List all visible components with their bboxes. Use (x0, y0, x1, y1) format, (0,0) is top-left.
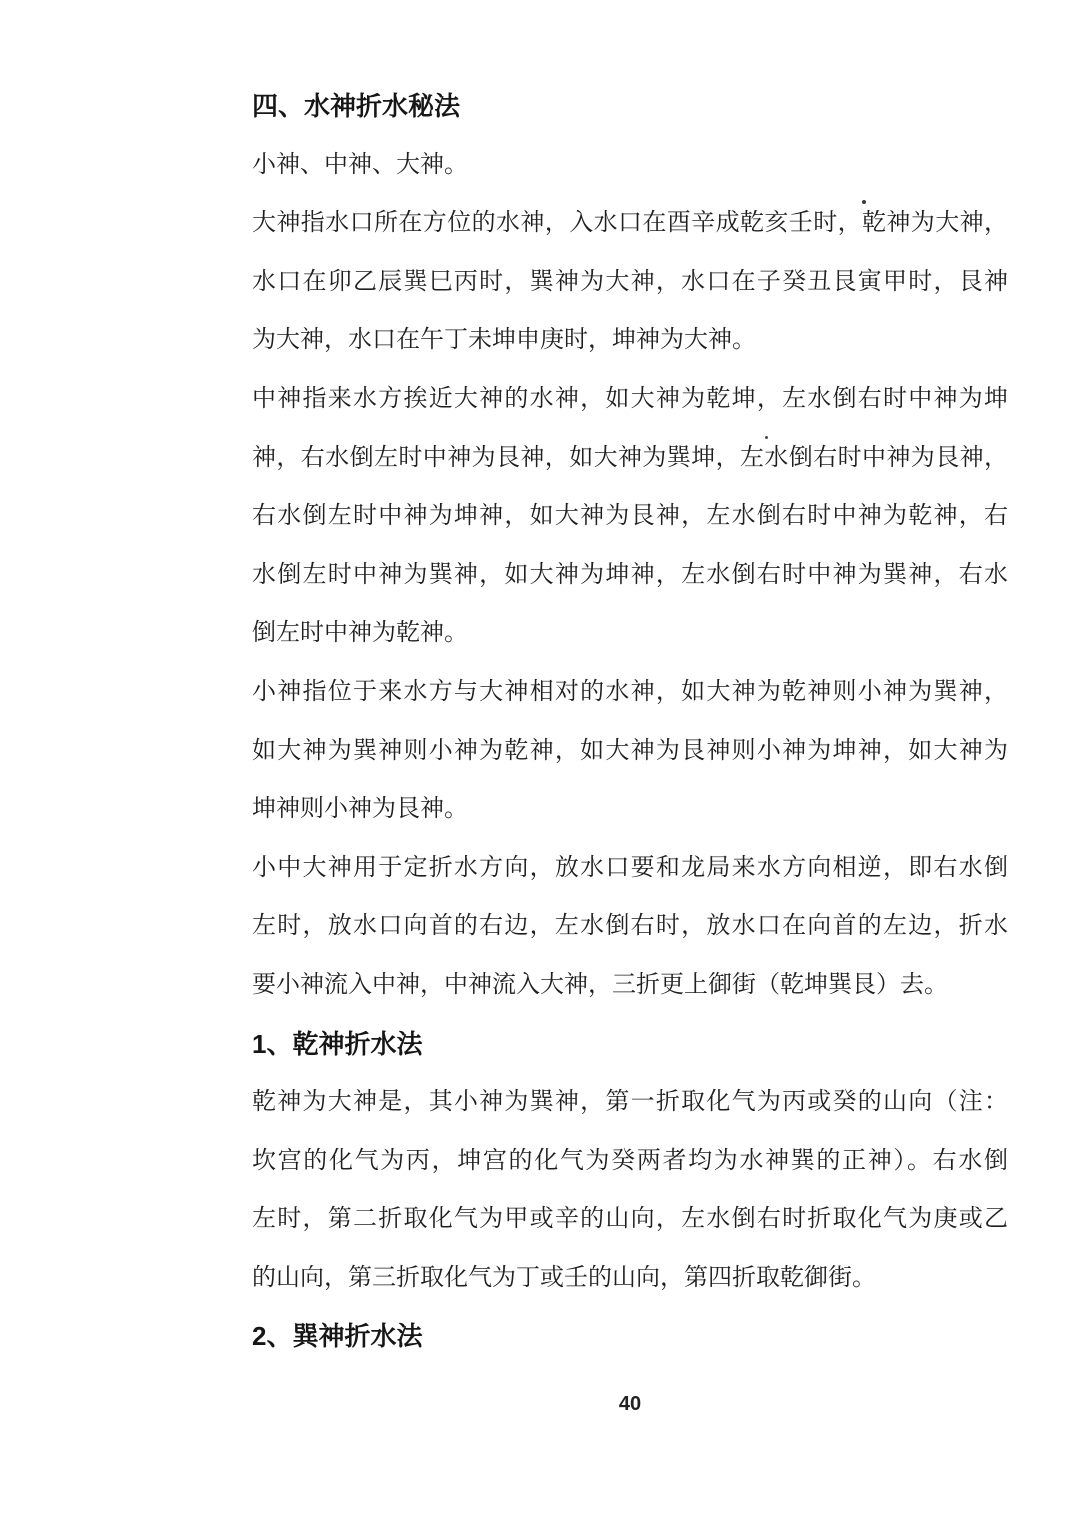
document-page: 四、水神折水秘法 小神、中神、大神。 大神指水口所在方位的水神，入水口在酉辛成乾… (0, 0, 1080, 1526)
section-heading: 四、水神折水秘法 (252, 77, 1008, 136)
text-line: 要小神流入中神，中神流入大神，三折更上御街（乾坤巽艮）去。 (252, 956, 1008, 1015)
text-line: 右水倒左时中神为坤神，如大神为艮神，左水倒右时中神为乾神，右 (252, 487, 1008, 546)
document-text-block: 四、水神折水秘法 小神、中神、大神。 大神指水口所在方位的水神，入水口在酉辛成乾… (252, 77, 1008, 1366)
text-line: 水倒左时中神为巽神，如大神为坤神，左水倒右时中神为巽神，右水 (252, 546, 1008, 605)
text-line: 坎宫的化气为丙，坤宫的化气为癸两者均为水神巽的正神）。右水倒 (252, 1132, 1008, 1191)
text-line: 坤神则小神为艮神。 (252, 780, 1008, 839)
text-line: 神，右水倒左时中神为艮神，如大神为巽坤，左水倒右时中神为艮神， (252, 429, 1008, 488)
subheading-qian-shen-method: 1、乾神折水法 (252, 1015, 1008, 1074)
page-number: 40 (252, 1392, 1008, 1416)
paragraph-xiao-shen: 小神指位于来水方与大神相对的水神，如大神为乾神则小神为巽神，如大神为巽神则小神为… (252, 663, 1008, 839)
text-line: 大神指水口所在方位的水神，入水口在酉辛成乾亥壬时，乾神为大神， (252, 194, 1008, 253)
text-line: 倒左时中神为乾神。 (252, 604, 1008, 663)
text-line: 乾神为大神是，其小神为巽神，第一折取化气为丙或癸的山向（注： (252, 1073, 1008, 1132)
paragraph-qian-shen-method: 乾神为大神是，其小神为巽神，第一折取化气为丙或癸的山向（注：坎宫的化气为丙，坤宫… (252, 1073, 1008, 1307)
paragraph-da-shen: 大神指水口所在方位的水神，入水口在酉辛成乾亥壬时，乾神为大神，水口在卯乙辰巽巳丙… (252, 194, 1008, 370)
text-line: 水口在卯乙辰巽巳丙时，巽神为大神，水口在子癸丑艮寅甲时，艮神 (252, 253, 1008, 312)
text-line: 小神指位于来水方与大神相对的水神，如大神为乾神则小神为巽神， (252, 663, 1008, 722)
subheading-xun-shen-method: 2、巽神折水法 (252, 1307, 1008, 1366)
text-line: 小中大神用于定折水方向，放水口要和龙局来水方向相逆，即右水倒 (252, 839, 1008, 898)
text-line: 左时，第二折取化气为甲或辛的山向，左水倒右时折取化气为庚或乙 (252, 1190, 1008, 1249)
scan-artifact-dot (765, 436, 768, 439)
paragraph-zhong-shen: 中神指来水方挨近大神的水神，如大神为乾坤，左水倒右时中神为坤神，右水倒左时中神为… (252, 370, 1008, 663)
text-line: 中神指来水方挨近大神的水神，如大神为乾坤，左水倒右时中神为坤 (252, 370, 1008, 429)
text-line: 如大神为巽神则小神为乾神，如大神为艮神则小神为坤神，如大神为 (252, 722, 1008, 781)
scan-artifact-dot (862, 200, 866, 204)
intro-line: 小神、中神、大神。 (252, 136, 1008, 195)
text-line: 左时，放水口向首的右边，左水倒右时，放水口在向首的左边，折水 (252, 897, 1008, 956)
text-line: 为大神，水口在午丁未坤申庚时，坤神为大神。 (252, 311, 1008, 370)
text-line: 的山向，第三折取化气为丁或壬的山向，第四折取乾御街。 (252, 1249, 1008, 1308)
paragraph-usage: 小中大神用于定折水方向，放水口要和龙局来水方向相逆，即右水倒左时，放水口向首的右… (252, 839, 1008, 1015)
